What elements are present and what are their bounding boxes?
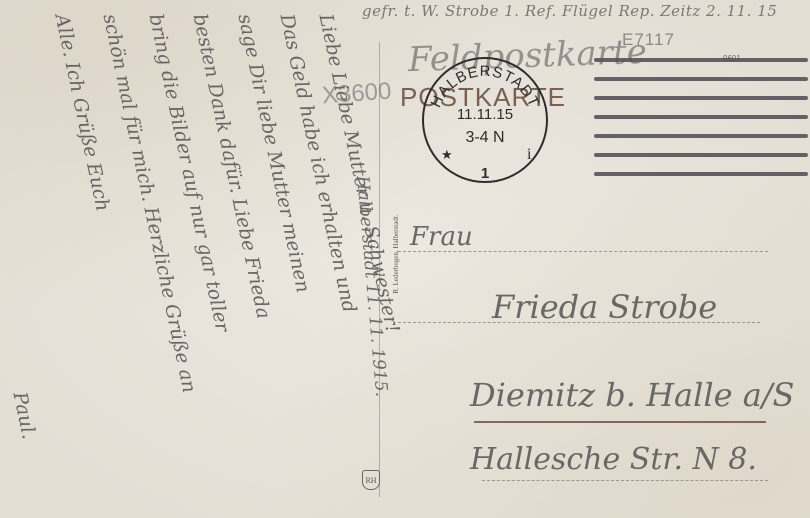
recipient-name: Frieda Strobe (492, 288, 717, 326)
postmark-office: 1 (481, 165, 489, 182)
address-line-3 (474, 421, 766, 423)
cancel-line (594, 134, 808, 138)
postmark-stamp: HALBERSTADT 11.11.15 3-4 N ★ i 1 (419, 54, 551, 186)
cancel-line (594, 153, 808, 157)
cancel-line (594, 58, 808, 62)
svg-text:HALBERSTADT: HALBERSTADT (427, 63, 542, 110)
recipient-street: Hallesche Str. N 8. (470, 442, 757, 477)
postmark-town: HALBERSTADT (427, 63, 542, 110)
message-signature: Paul. (8, 390, 39, 441)
postmark-suffix: i (527, 146, 532, 163)
cancel-line (594, 172, 808, 176)
postcard-back: gefr. t. W. Strobe 1. Ref. Flügel Rep. Z… (0, 0, 810, 518)
cancellation-lines (594, 58, 808, 191)
cancel-line (594, 96, 808, 100)
sender-note: gefr. t. W. Strobe 1. Ref. Flügel Rep. Z… (362, 2, 777, 20)
postmark-star-icon: ★ (441, 148, 453, 163)
postmark-date: 11.11.15 (457, 106, 513, 123)
postmark-time: 3-4 N (465, 129, 504, 146)
cancel-line (594, 115, 808, 119)
cancel-line (594, 77, 808, 81)
recipient-city: Diemitz b. Halle a/S (470, 376, 794, 414)
address-line-4 (482, 480, 768, 481)
recipient-title: Frau (410, 222, 473, 252)
message-area: Liebe Liebe Mutter u. Schwester! Das Gel… (0, 0, 370, 518)
